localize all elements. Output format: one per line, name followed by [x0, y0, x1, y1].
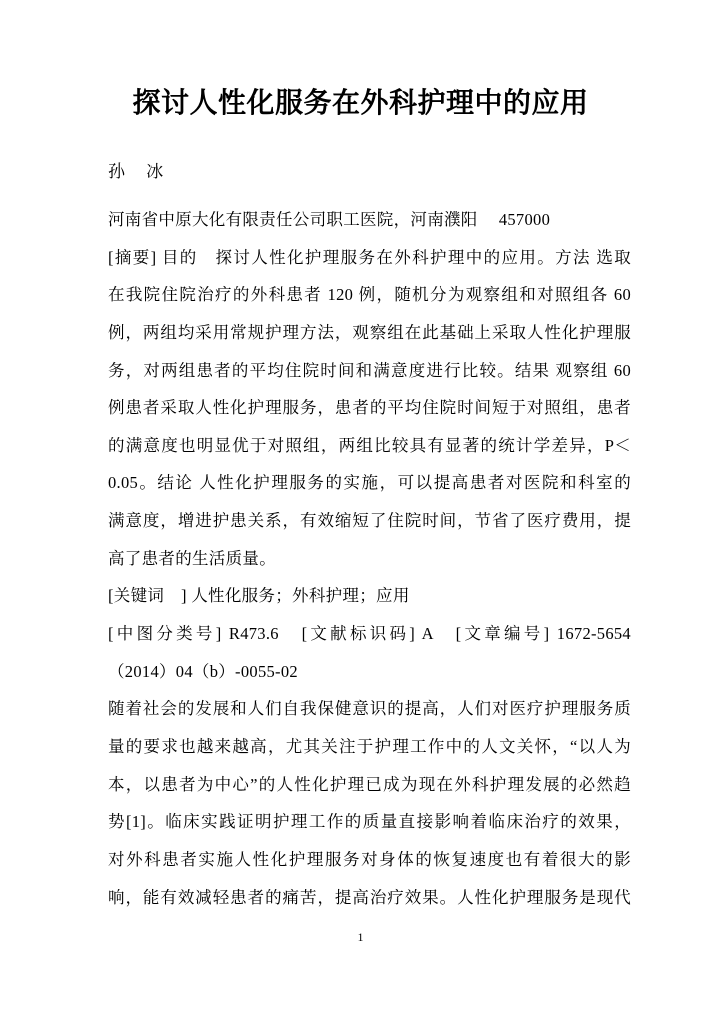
abstract-line: 高了患者的生活质量。	[108, 540, 631, 578]
abstract-line: 务，对两组患者的平均住院时间和满意度进行比较。结果 观察组 60	[108, 352, 631, 390]
abstract-line: 在我院住院治疗的外科患者 120 例，随机分为观察组和对照组各 60	[108, 276, 631, 314]
author-name: 孙 冰	[108, 160, 631, 184]
abstract-line: 例患者采取人性化护理服务，患者的平均住院时间短于对照组，患者	[108, 389, 631, 427]
page-number: 1	[0, 929, 721, 945]
keywords-line: [关键词 ] 人性化服务；外科护理；应用	[108, 577, 631, 615]
document-page: 探讨人性化服务在外科护理中的应用 孙 冰 河南省中原大化有限责任公司职工医院，河…	[0, 0, 721, 1020]
body-line: 响，能有效减轻患者的痛苦，提高治疗效果。人性化护理服务是现代	[108, 879, 631, 917]
text-block: 河南省中原大化有限责任公司职工医院，河南濮阳 457000 [摘要] 目的 探讨…	[108, 201, 631, 916]
affiliation-line: 河南省中原大化有限责任公司职工医院，河南濮阳 457000	[108, 201, 631, 239]
abstract-line: 的满意度也明显优于对照组，两组比较具有显著的统计学差异，P＜	[108, 427, 631, 465]
body-line: 本，以患者为中心”的人性化护理已成为现在外科护理发展的必然趋	[108, 766, 631, 804]
body-line: 随着社会的发展和人们自我保健意识的提高，人们对医疗护理服务质	[108, 690, 631, 728]
body-line: 对外科患者实施人性化护理服务对身体的恢复速度也有着很大的影	[108, 841, 631, 879]
abstract-line: [摘要] 目的 探讨人性化护理服务在外科护理中的应用。方法 选取	[108, 239, 631, 277]
body-line: 势[1]。临床实践证明护理工作的质量直接影响着临床治疗的效果，	[108, 803, 631, 841]
abstract-line: 0.05。结论 人性化护理服务的实施，可以提高患者对医院和科室的	[108, 464, 631, 502]
body-line: 量的要求也越来越高，尤其关注于护理工作中的人文关怀，“以人为	[108, 728, 631, 766]
page-title: 探讨人性化服务在外科护理中的应用	[0, 84, 721, 124]
abstract-line: 满意度，增进护患关系，有效缩短了住院时间，节省了医疗费用，提	[108, 502, 631, 540]
abstract-line: 例，两组均采用常规护理方法，观察组在此基础上采取人性化护理服	[108, 314, 631, 352]
article-number-line: （2014）04（b）-0055-02	[108, 653, 631, 691]
classification-line: [中图分类号] R473.6 [文献标识码] A [文章编号] 1672-565…	[108, 615, 631, 653]
